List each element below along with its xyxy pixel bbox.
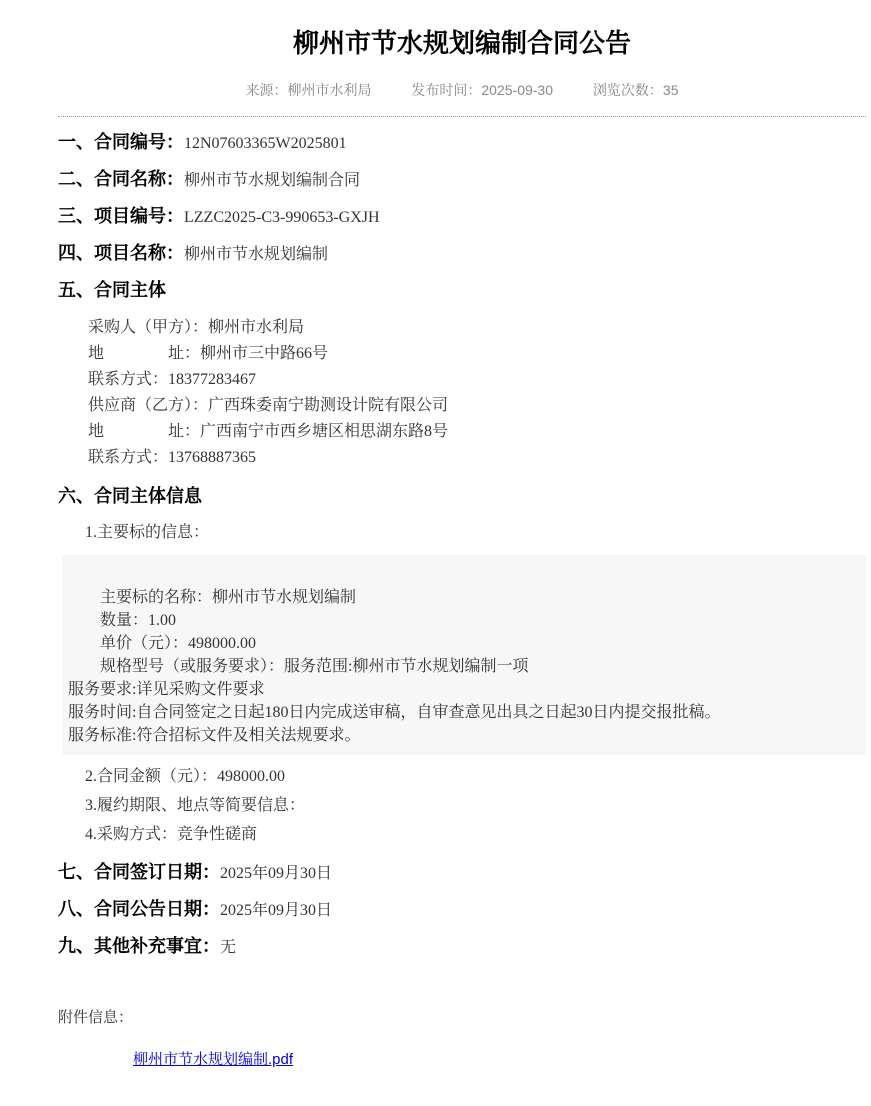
subject-info-item-4: 4.采购方式：竞争性磋商: [85, 823, 866, 847]
subject-info-text: 主要标的名称：柳州市节水规划编制 数量：1.00 单价（元）：498000.00…: [68, 563, 856, 747]
section-project-number: 三、项目编号：LZZC2025-C3-990653-GXJH: [58, 206, 866, 228]
section-subject-info: 六、合同主体信息: [58, 486, 866, 506]
page-title: 柳州市节水规划编制合同公告: [58, 26, 866, 60]
project-name-value: 柳州市节水规划编制: [184, 246, 328, 263]
contract-name-value: 柳州市节水规划编制合同: [184, 172, 360, 189]
meta-source: 来源：柳州市水利局: [246, 82, 372, 98]
signing-date-value: 2025年09月30日: [220, 865, 332, 882]
meta-view-count: 浏览次数：35: [593, 82, 679, 98]
announce-date-value: 2025年09月30日: [220, 902, 332, 919]
contract-number-label: 一、合同编号：: [58, 132, 184, 152]
section-contract-parties: 五、合同主体: [58, 280, 866, 300]
contract-announcement-page: 柳州市节水规划编制合同公告 来源：柳州市水利局 发布时间：2025-09-30 …: [0, 0, 871, 1106]
section-other-matters: 九、其他补充事宜：无: [58, 936, 866, 958]
contract-number-value: 12N07603365W2025801: [184, 135, 347, 152]
project-number-label: 三、项目编号：: [58, 206, 184, 226]
subject-info-item-2: 2.合同金额（元）：498000.00: [85, 765, 866, 789]
supplier-address-line: 地 址：广西南宁市西乡塘区相思湖东路8号: [88, 419, 866, 445]
announcement-body: 一、合同编号：12N07603365W2025801 二、合同名称：柳州市节水规…: [58, 132, 866, 1070]
subject-info-item-3: 3.履约期限、地点等简要信息：: [85, 794, 866, 818]
subject-info-item-1: 1.主要标的信息：: [85, 521, 866, 545]
other-matters-value: 无: [220, 939, 236, 956]
header-divider: [58, 116, 866, 117]
section-contract-number: 一、合同编号：12N07603365W2025801: [58, 132, 866, 154]
section-announce-date: 八、合同公告日期：2025年09月30日: [58, 899, 866, 921]
project-number-value: LZZC2025-C3-990653-GXJH: [184, 209, 380, 226]
buyer-name-line: 采购人（甲方）：柳州市水利局: [88, 315, 866, 341]
project-name-label: 四、项目名称：: [58, 243, 184, 263]
section-contract-name: 二、合同名称：柳州市节水规划编制合同: [58, 169, 866, 191]
attachment-label: 附件信息：: [58, 1008, 866, 1028]
buyer-contact-line: 联系方式：18377283467: [88, 367, 866, 393]
section-project-name: 四、项目名称：柳州市节水规划编制: [58, 243, 866, 265]
other-matters-label: 九、其他补充事宜：: [58, 936, 220, 956]
contract-name-label: 二、合同名称：: [58, 169, 184, 189]
supplier-name-line: 供应商（乙方）：广西珠委南宁勘测设计院有限公司: [88, 393, 866, 419]
section-signing-date: 七、合同签订日期：2025年09月30日: [58, 862, 866, 884]
attachment-pdf-link[interactable]: 柳州市节水规划编制.pdf: [133, 1050, 293, 1070]
meta-publish-time: 发布时间：2025-09-30: [411, 82, 553, 98]
contract-parties-label: 五、合同主体: [58, 280, 166, 300]
announce-date-label: 八、合同公告日期：: [58, 899, 220, 919]
attachment-section: 附件信息： 柳州市节水规划编制.pdf: [58, 1008, 866, 1070]
buyer-address-line: 地 址：柳州市三中路66号: [88, 341, 866, 367]
subject-info-box: 主要标的名称：柳州市节水规划编制 数量：1.00 单价（元）：498000.00…: [62, 555, 866, 755]
supplier-contact-line: 联系方式：13768887365: [88, 445, 866, 471]
subject-info-label: 六、合同主体信息: [58, 486, 202, 506]
signing-date-label: 七、合同签订日期：: [58, 862, 220, 882]
article-meta: 来源：柳州市水利局 发布时间：2025-09-30 浏览次数：35: [58, 80, 866, 100]
contract-parties-block: 采购人（甲方）：柳州市水利局 地 址：柳州市三中路66号 联系方式：183772…: [88, 315, 866, 471]
